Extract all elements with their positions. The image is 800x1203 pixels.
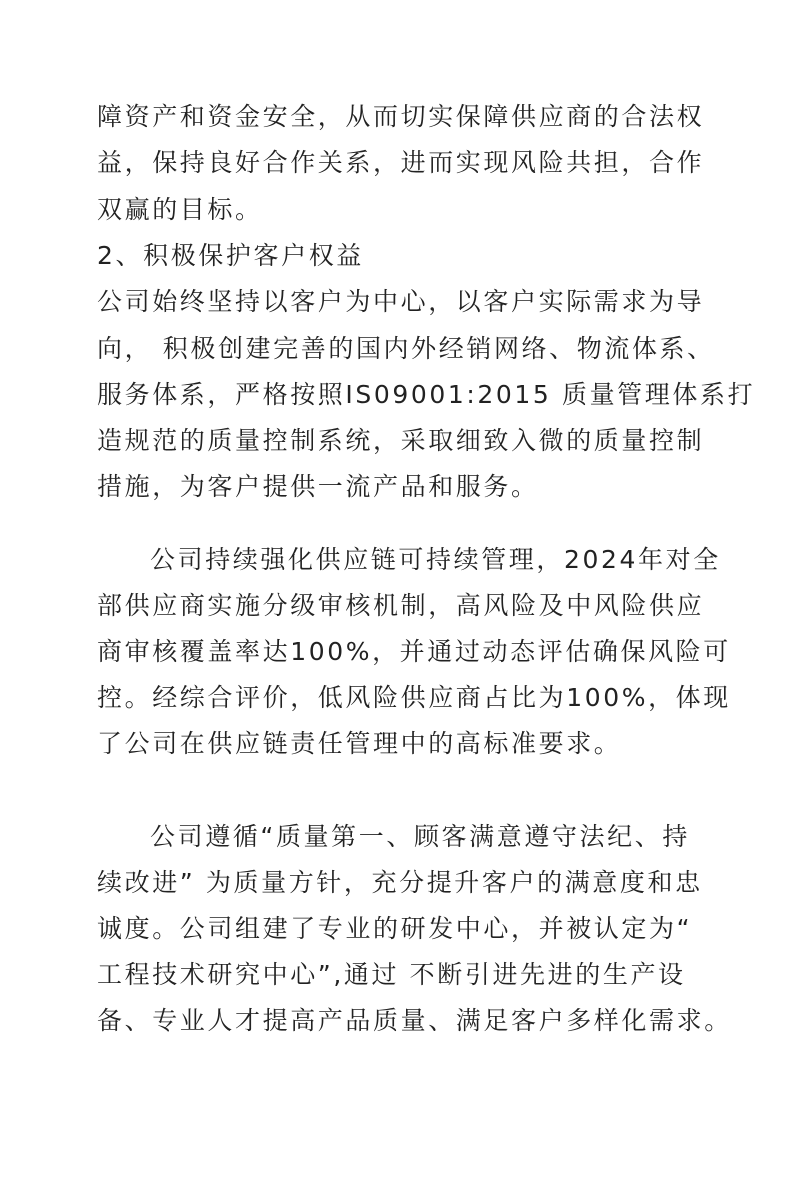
paragraph-line: 备、专业人才提高产品质量、满足客户多样化需求。 [97,1006,732,1036]
paragraph-line: 公司持续强化供应链可持续管理，2024年对全 [150,545,721,575]
paragraph-line: 益，保持良好合作关系，进而实现风险共担，合作 [97,148,704,178]
paragraph-line: 公司始终坚持以客户为中心，以客户实际需求为导 [97,287,704,317]
paragraph-line: 公司遵循“质量第一、顾客满意遵守法纪、持 [150,822,690,852]
paragraph-line: 造规范的质量控制系统，采取细致入微的质量控制 [97,426,704,456]
paragraph-line: 障资产和资金安全，从而切实保障供应商的合法权 [97,102,704,132]
paragraph-line: 商审核覆盖率达100%，并通过动态评估确保风险可 [97,637,731,667]
paragraph-line: 服务体系，严格按照IS09001:2015 质量管理体系打 [97,380,755,410]
paragraph-line: 诚度。公司组建了专业的研发中心，并被认定为“ [97,914,692,944]
paragraph-line: 控。经综合评价，低风险供应商占比为100%，体现 [97,683,731,713]
paragraph-line: 了公司在供应链责任管理中的高标准要求。 [97,729,621,759]
paragraph-line: 工程技术研究中心”,通过 不断引进先进的生产设 [97,960,686,990]
paragraph-line: 向， 积极创建完善的国内外经销网络、物流体系、 [97,334,715,364]
paragraph-line: 措施，为客户提供一流产品和服务。 [97,472,539,502]
section-heading: 2、积极保护客户权益 [97,241,364,271]
paragraph-line: 部供应商实施分级审核机制，高风险及中风险供应 [97,591,704,621]
paragraph-line: 续改进” 为质量方针，充分提升客户的满意度和忠 [97,868,703,898]
document-page: 障资产和资金安全，从而切实保障供应商的合法权 益，保持良好合作关系，进而实现风险… [0,0,800,1203]
paragraph-line: 双赢的目标。 [97,195,263,225]
